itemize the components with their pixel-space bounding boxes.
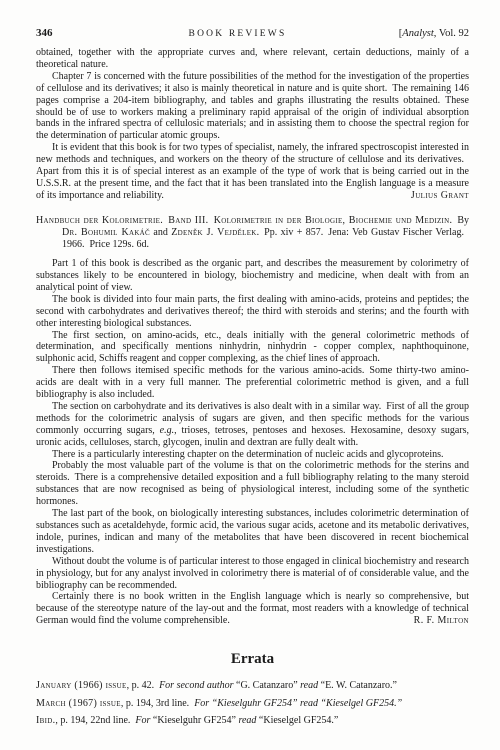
journal-reference: [Analyst, Vol. 92 — [359, 28, 469, 39]
paragraph-text: Chapter 7 is concerned with the future p… — [36, 71, 469, 142]
paragraph: There then follows itemised specific met… — [36, 365, 469, 401]
paragraph-text: obtained, together with the appropriate … — [36, 47, 469, 70]
paragraph-text: The section on carbohydrate and its deri… — [36, 401, 469, 448]
paragraph-text: There is a particularly interesting chap… — [52, 449, 444, 460]
errata-title: Errata — [36, 651, 469, 668]
paragraph: Chapter 7 is concerned with the future p… — [36, 71, 469, 142]
errata-entry: January (1966) issue, p. 42. For second … — [36, 679, 469, 694]
journal-page: 346 BOOK REVIEWS [Analyst, Vol. 92 obtai… — [0, 0, 500, 750]
paragraph-text: The last part of the book, on biological… — [36, 508, 469, 555]
paragraph-text: Part 1 of this book is described as the … — [36, 258, 469, 293]
reviewer-signature: R. F. Milton — [390, 615, 469, 627]
errata-section: Errata January (1966) issue, p. 42. For … — [36, 651, 469, 729]
paragraph-text: Without doubt the volume is of particula… — [36, 556, 469, 591]
reviewer-signature: Julius Grant — [387, 190, 469, 202]
errata-entry: Ibid., p. 194, 22nd line. For “Kieselguh… — [36, 714, 469, 729]
page-number: 346 — [36, 27, 116, 39]
paragraph: Without doubt the volume is of particula… — [36, 556, 469, 592]
book-review-kolorimetrie: Handbuch der Kolorimetrie. Band III. Kol… — [36, 215, 469, 627]
paragraph: The section on carbohydrate and its deri… — [36, 401, 469, 449]
book-review-cellulose: obtained, together with the appropriate … — [36, 47, 469, 202]
paragraph-text: The book is divided into four main parts… — [36, 294, 469, 329]
paragraph: obtained, together with the appropriate … — [36, 47, 469, 71]
paragraph: The first section, on amino-acids, etc.,… — [36, 330, 469, 366]
paragraph: It is evident that this book is for two … — [36, 142, 469, 202]
paragraph: The book is divided into four main parts… — [36, 294, 469, 330]
paragraph-text: Probably the most valuable part of the v… — [36, 460, 469, 507]
paragraph: Part 1 of this book is described as the … — [36, 258, 469, 294]
paragraph: Probably the most valuable part of the v… — [36, 460, 469, 508]
running-head: BOOK REVIEWS — [116, 29, 359, 39]
page-header: 346 BOOK REVIEWS [Analyst, Vol. 92 — [36, 27, 469, 39]
paragraph: There is a particularly interesting chap… — [36, 449, 469, 461]
errata-entry: March (1967) issue, p. 194, 3rd line. Fo… — [36, 697, 469, 712]
book-citation: Handbuch der Kolorimetrie. Band III. Kol… — [36, 215, 469, 251]
paragraph: Certainly there is no book written in th… — [36, 591, 469, 627]
paragraph: The last part of the book, on biological… — [36, 508, 469, 556]
paragraph-text: There then follows itemised specific met… — [36, 365, 469, 400]
paragraph-text: The first section, on amino-acids, etc.,… — [36, 330, 469, 365]
